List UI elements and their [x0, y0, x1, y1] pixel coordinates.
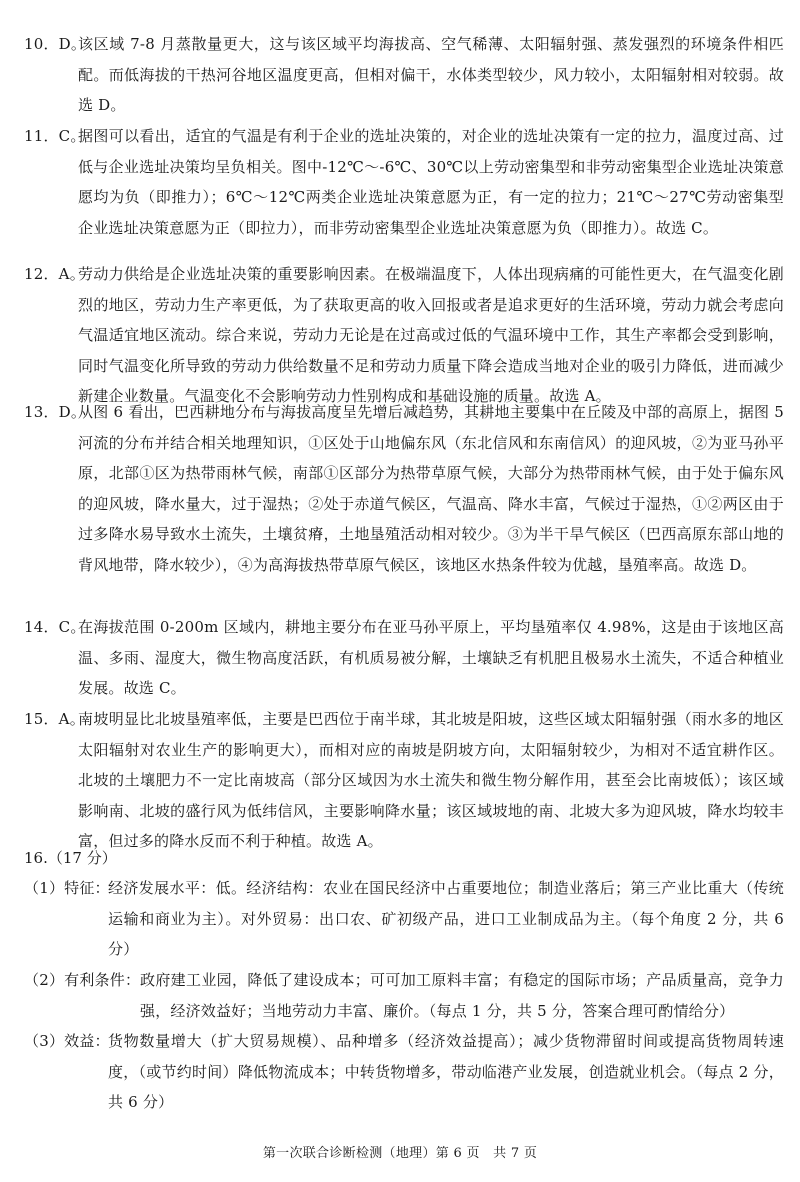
- answer-page: 10．D。 该区域 7-8 月蒸散量更大，这与该区域平均海拔高、空气稀薄、太阳辐…: [0, 0, 800, 1182]
- question-16-heading: 16.（17 分）: [24, 843, 117, 873]
- part-answer: 货物数量增大（扩大贸易规模）、品种增多（经济效益提高）；减少货物滞留时间或提高货…: [108, 1026, 784, 1118]
- answer-explanation: 据图可以看出，适宜的气温是有利于企业的选址决策的，对企业的选址决策有一定的拉力，…: [78, 121, 784, 243]
- page-footer: 第一次联合诊断检测（地理）第 6 页 共 7 页: [0, 1142, 800, 1161]
- answer-explanation: 劳动力供给是企业选址决策的重要影响因素。在极端温度下，人体出现病痛的可能性更大，…: [78, 259, 784, 412]
- answer-number: 13．D。: [24, 397, 86, 428]
- answer-14: 14．C。 在海拔范围 0-200m 区域内，耕地主要分布在亚马孙平原上，平均垦…: [24, 612, 784, 704]
- q16-part-1: （1）特征： 经济发展水平：低。经济结构：农业在国民经济中占重要地位；制造业落后…: [24, 873, 784, 965]
- answer-explanation: 从图 6 看出，巴西耕地分布与海拔高度呈先增后减趋势，其耕地主要集中在丘陵及中部…: [78, 397, 784, 580]
- answer-10: 10．D。 该区域 7-8 月蒸散量更大，这与该区域平均海拔高、空气稀薄、太阳辐…: [24, 29, 784, 121]
- answer-explanation: 南坡明显比北坡垦殖率低，主要是巴西位于南半球，其北坡是阳坡，这些区域太阳辐射强（…: [78, 704, 784, 857]
- answer-explanation: 该区域 7-8 月蒸散量更大，这与该区域平均海拔高、空气稀薄、太阳辐射强、蒸发强…: [78, 29, 784, 121]
- q16-part-2: （2）有利条件： 政府建工业园，降低了建设成本；可可加工原料丰富；有稳定的国际市…: [24, 965, 784, 1026]
- part-label: （1）特征：: [24, 873, 110, 904]
- q16-part-3: （3）效益： 货物数量增大（扩大贸易规模）、品种增多（经济效益提高）；减少货物滞…: [24, 1026, 784, 1118]
- answer-number: 12．A。: [24, 259, 85, 290]
- answer-number: 15．A。: [24, 704, 85, 735]
- answer-number: 10．D。: [24, 29, 86, 60]
- answer-13: 13．D。 从图 6 看出，巴西耕地分布与海拔高度呈先增后减趋势，其耕地主要集中…: [24, 397, 784, 580]
- answer-number: 14．C。: [24, 612, 86, 643]
- answer-12: 12．A。 劳动力供给是企业选址决策的重要影响因素。在极端温度下，人体出现病痛的…: [24, 259, 784, 412]
- answer-number: 11．C。: [24, 121, 86, 152]
- answer-explanation: 在海拔范围 0-200m 区域内，耕地主要分布在亚马孙平原上，平均垦殖率仅 4.…: [78, 612, 784, 704]
- answer-15: 15．A。 南坡明显比北坡垦殖率低，主要是巴西位于南半球，其北坡是阳坡，这些区域…: [24, 704, 784, 857]
- part-answer: 经济发展水平：低。经济结构：农业在国民经济中占重要地位；制造业落后；第三产业比重…: [108, 873, 784, 965]
- part-label: （2）有利条件：: [24, 965, 140, 996]
- answer-11: 11．C。 据图可以看出，适宜的气温是有利于企业的选址决策的，对企业的选址决策有…: [24, 121, 784, 243]
- part-label: （3）效益：: [24, 1026, 110, 1057]
- part-answer: 政府建工业园，降低了建设成本；可可加工原料丰富；有稳定的国际市场；产品质量高，竞…: [140, 965, 784, 1026]
